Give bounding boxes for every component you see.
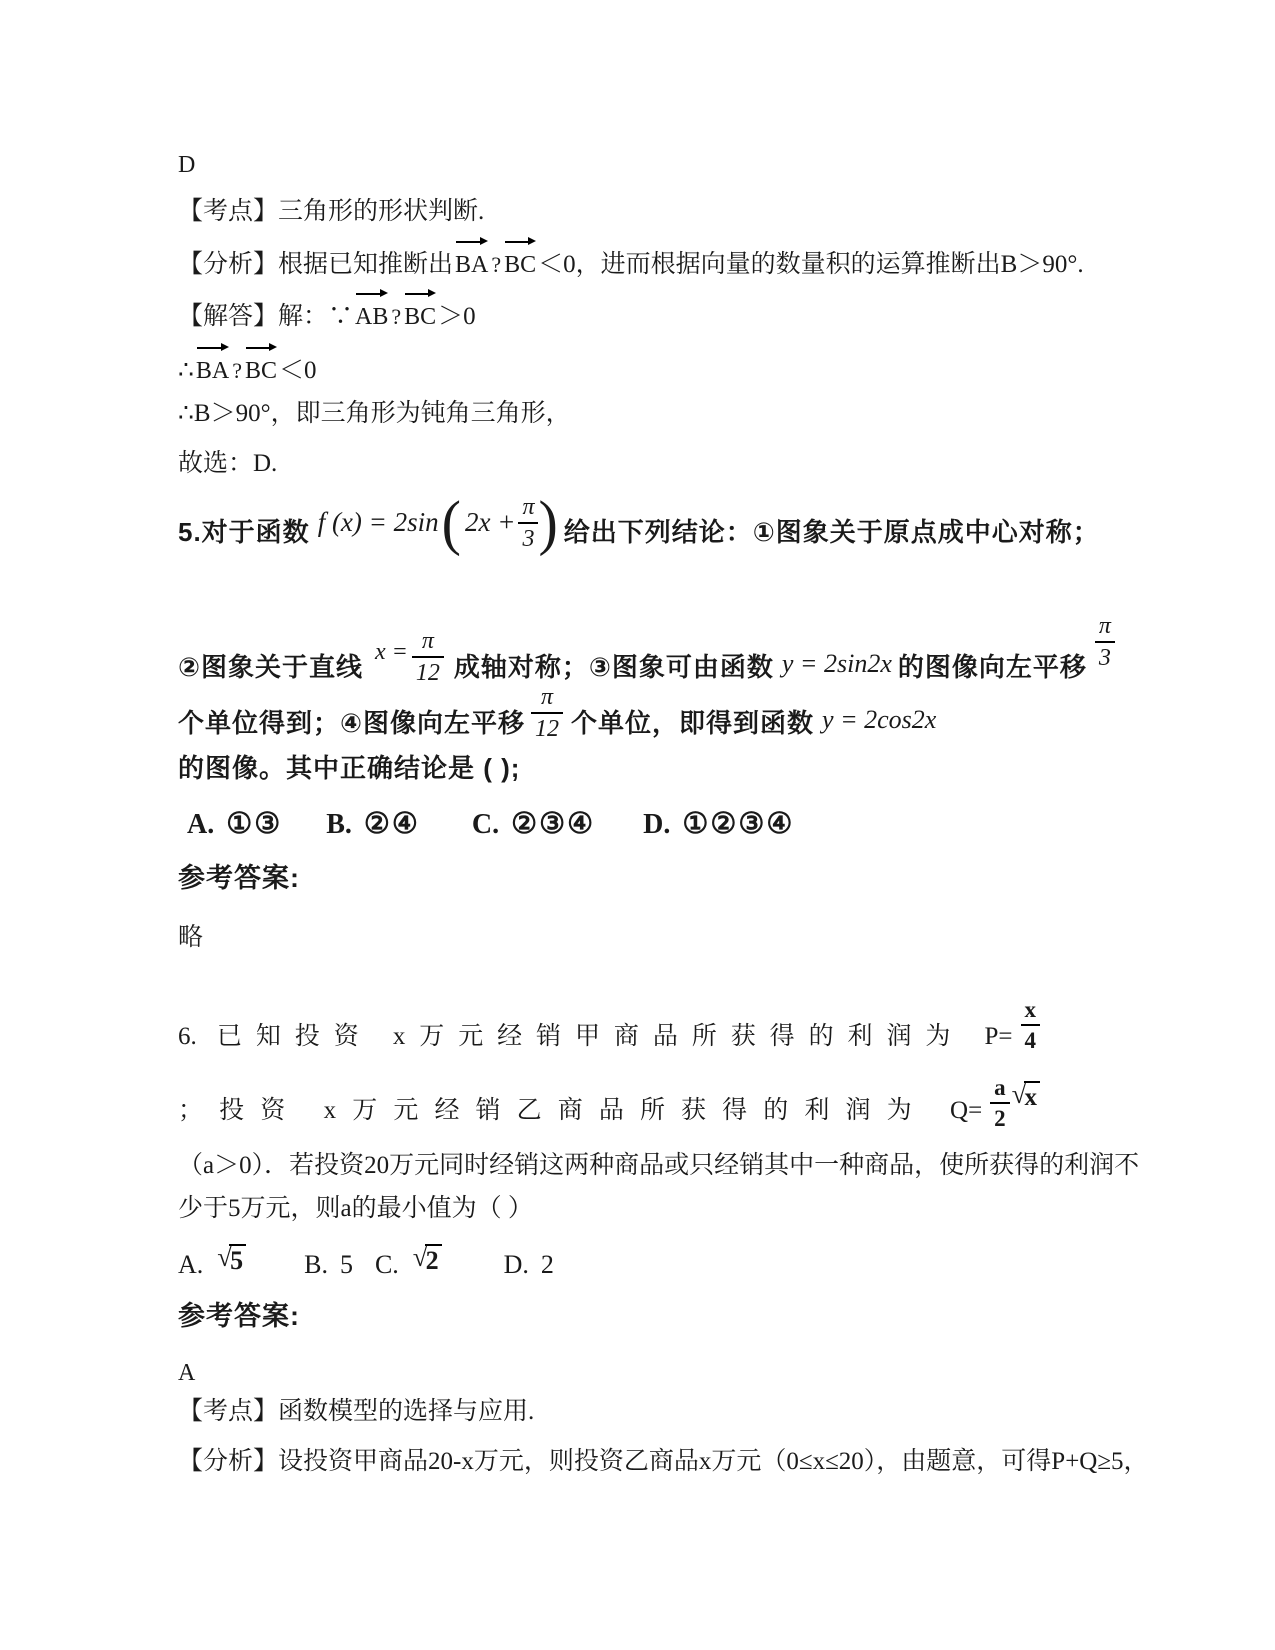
- q5-line4: 的图像。其中正确结论是 ( );: [178, 752, 520, 785]
- fraction-denominator: 4: [1021, 1024, 1041, 1052]
- sqrt-5: √5: [217, 1244, 246, 1274]
- option-label: B.: [304, 1249, 328, 1282]
- vector-BC-text: BC: [504, 252, 536, 278]
- left-paren: (: [442, 499, 461, 548]
- fraction-a-2: a 2: [990, 1076, 1010, 1130]
- q5-ref-label: 参考答案:: [178, 862, 300, 896]
- fenxi-label: 【分析】: [178, 251, 278, 278]
- vector-BA: BA: [455, 248, 488, 280]
- option-value: ①③: [226, 808, 282, 840]
- option-label: C.: [472, 809, 499, 840]
- fraction-x-4: x 4: [1021, 998, 1041, 1052]
- q4-jieda-line: 【解答】解：∵AB?BC＞0: [178, 300, 476, 332]
- fraction-numerator: π: [518, 495, 538, 522]
- q6-line1: 6. 已知投资 x万元经销甲商品所获得的利润为 P= x 4: [178, 998, 1040, 1052]
- vector-BA-text: BA: [196, 358, 229, 384]
- option-value: ②③④: [511, 808, 595, 840]
- vector-BC: BC: [504, 248, 536, 280]
- kaodian-text: 三角形的形状判断.: [278, 198, 484, 225]
- q6-ref-label: 参考答案:: [178, 1300, 300, 1334]
- option-value: ①②③④: [682, 808, 794, 840]
- q5-line2: ②图象关于直线 x = π 12 成轴对称；③图象可由函数 y = 2sin2x…: [178, 614, 1115, 683]
- vector-AB-text: AB: [355, 304, 388, 330]
- option-label: D.: [643, 809, 670, 840]
- q6-option-a: A. √5: [178, 1244, 246, 1281]
- q5-option-d: D.①②③④: [643, 806, 794, 842]
- fenxi-text: 设投资甲商品20-x万元，则投资乙商品x万元（0≤x≤20），由题意，可得P+Q…: [278, 1448, 1149, 1475]
- fraction-denominator: 12: [412, 656, 444, 685]
- option-label: A.: [178, 1249, 203, 1282]
- q4-therefore2-line: ∴B＞90°，即三角形为钝角三角形，: [178, 398, 571, 429]
- therefore1-post: ＜0: [279, 357, 317, 384]
- kaodian-label: 【考点】: [178, 198, 278, 225]
- fraction-denominator: 12: [531, 712, 563, 741]
- q5-option-c: C.②③④: [472, 806, 595, 842]
- radicand: 2: [425, 1244, 442, 1274]
- q5-after-formula: 给出下列结论：①图象关于原点成中心对称；: [564, 516, 1100, 549]
- x-equals: x =: [375, 637, 408, 667]
- q6-option-d: D. 2: [504, 1249, 554, 1282]
- q4-kaodian-line: 【考点】三角形的形状判断.: [178, 196, 484, 227]
- q6-l2-text: ；投资 x万元经销乙商品所获得的利润为 Q=: [178, 1095, 982, 1126]
- vector-BA-text: BA: [455, 252, 488, 278]
- q5-l3-mid: 个单位，即得到函数: [571, 707, 814, 740]
- q5-l2-post: 的图像向左平移: [898, 651, 1087, 684]
- radicand: x: [1024, 1081, 1041, 1110]
- therefore-symbol: ∴: [178, 357, 194, 384]
- fraction-numerator: x: [1021, 998, 1041, 1024]
- dot-separator: ?: [232, 358, 242, 383]
- q5-option-b: B.②④: [326, 806, 420, 842]
- vector-BC: BC: [245, 354, 277, 386]
- q6-line2: ；投资 x万元经销乙商品所获得的利润为 Q= a 2 √ x: [178, 1076, 1040, 1126]
- q5-options-row: A.①③ B.②④ C.②③④ D.①②③④: [187, 806, 794, 842]
- kaodian-label: 【考点】: [178, 1398, 278, 1425]
- q4-therefore1-line: ∴BA?BC＜0: [178, 354, 317, 386]
- q4-conclusion: 故选：D.: [178, 448, 277, 479]
- y-2cos2x: y = 2cos2x: [822, 704, 936, 737]
- q6-kaodian-line: 【考点】函数模型的选择与应用.: [178, 1396, 534, 1427]
- fraction-denominator: 2: [990, 1102, 1010, 1130]
- q5-ref-answer: 略: [178, 922, 203, 953]
- fenxi-post: ＜0，进而根据向量的数量积的运算推断出B＞90°.: [538, 251, 1083, 278]
- vector-BC-text: BC: [404, 304, 436, 330]
- fraction-denominator: 3: [1095, 641, 1115, 670]
- fraction-denominator: 3: [518, 522, 538, 551]
- q5-intro: 5.对于函数: [178, 516, 310, 549]
- fraction-numerator: π: [1095, 614, 1115, 641]
- option-value: 2: [541, 1249, 554, 1282]
- option-label: C.: [375, 1249, 399, 1282]
- option-label: D.: [504, 1249, 529, 1282]
- q5-line3: 个单位得到；④图像向左平移 π 12 个单位，即得到函数 y = 2cos2x: [178, 685, 936, 739]
- fenxi-pre: 根据已知推断出: [278, 251, 453, 278]
- q6-fenxi-line: 【分析】设投资甲商品20-x万元，则投资乙商品x万元（0≤x≤20），由题意，可…: [178, 1446, 1149, 1477]
- formula-arg: 2x +: [465, 506, 515, 540]
- kaodian-text: 函数模型的选择与应用.: [278, 1398, 534, 1425]
- jieda-pre: 解：∵: [278, 303, 353, 330]
- fraction-pi-12: π 12: [531, 685, 563, 741]
- q5-l2-pre: ②图象关于直线: [178, 651, 363, 684]
- sqrt-x: √ x: [1012, 1081, 1040, 1110]
- formula-head: f (x) = 2sin: [318, 506, 439, 540]
- fraction-pi-3: π 3: [1095, 614, 1115, 670]
- q5-l2-mid: 成轴对称；③图象可由函数: [454, 651, 774, 684]
- fraction-numerator: π: [418, 629, 438, 656]
- vector-AB: AB: [355, 300, 388, 332]
- q6-line4: 少于5万元，则a的最小值为（ ）: [178, 1193, 533, 1224]
- option-label: B.: [326, 809, 352, 840]
- jieda-post: ＞0: [438, 303, 476, 330]
- fraction-pi-12: π 12: [412, 629, 444, 685]
- radicand: 5: [229, 1244, 246, 1274]
- fenxi-label: 【分析】: [178, 1448, 278, 1475]
- q5-function-formula: f (x) = 2sin ( 2x + π 3 ): [318, 495, 558, 551]
- right-paren: ): [538, 499, 557, 548]
- q6-option-c: C. √2: [375, 1244, 442, 1281]
- vector-BA: BA: [196, 354, 229, 386]
- dot-separator: ?: [491, 252, 501, 277]
- fraction-pi-3: π 3: [518, 495, 538, 551]
- q6-line3: （a＞0）．若投资20万元同时经销这两种商品或只经销其中一种商品，使所获得的利润…: [178, 1150, 1139, 1181]
- q5-intro-line: 5.对于函数 f (x) = 2sin ( 2x + π 3 ) 给出下列结论：…: [178, 495, 1100, 548]
- option-value: ②④: [364, 808, 420, 840]
- q6-ref-answer: A: [178, 1358, 195, 1388]
- y-2sin2x: y = 2sin2x: [782, 648, 892, 681]
- q4-fenxi-line: 【分析】根据已知推断出BA?BC＜0，进而根据向量的数量积的运算推断出B＞90°…: [178, 248, 1084, 280]
- document-page: D 【考点】三角形的形状判断. 【分析】根据已知推断出BA?BC＜0，进而根据向…: [0, 0, 1275, 1650]
- q4-answer: D: [178, 150, 195, 180]
- vector-BC: BC: [404, 300, 436, 332]
- q5-l3-pre: 个单位得到；④图像向左平移: [178, 707, 525, 740]
- q6-options-row: A. √5 B. 5 C. √2 D. 2: [178, 1244, 554, 1281]
- jieda-label: 【解答】: [178, 303, 278, 330]
- sqrt-2: √2: [413, 1244, 442, 1274]
- q5-option-a: A.①③: [187, 806, 282, 842]
- option-value: 5: [340, 1249, 353, 1282]
- vector-BC-text: BC: [245, 358, 277, 384]
- dot-separator: ?: [391, 304, 401, 329]
- option-label: A.: [187, 809, 214, 840]
- q6-l1-text: 6. 已知投资 x万元经销甲商品所获得的利润为 P=: [178, 1021, 1013, 1052]
- fraction-numerator: π: [537, 685, 557, 712]
- q6-option-b: B. 5: [304, 1249, 353, 1282]
- fraction-numerator: a: [990, 1076, 1010, 1102]
